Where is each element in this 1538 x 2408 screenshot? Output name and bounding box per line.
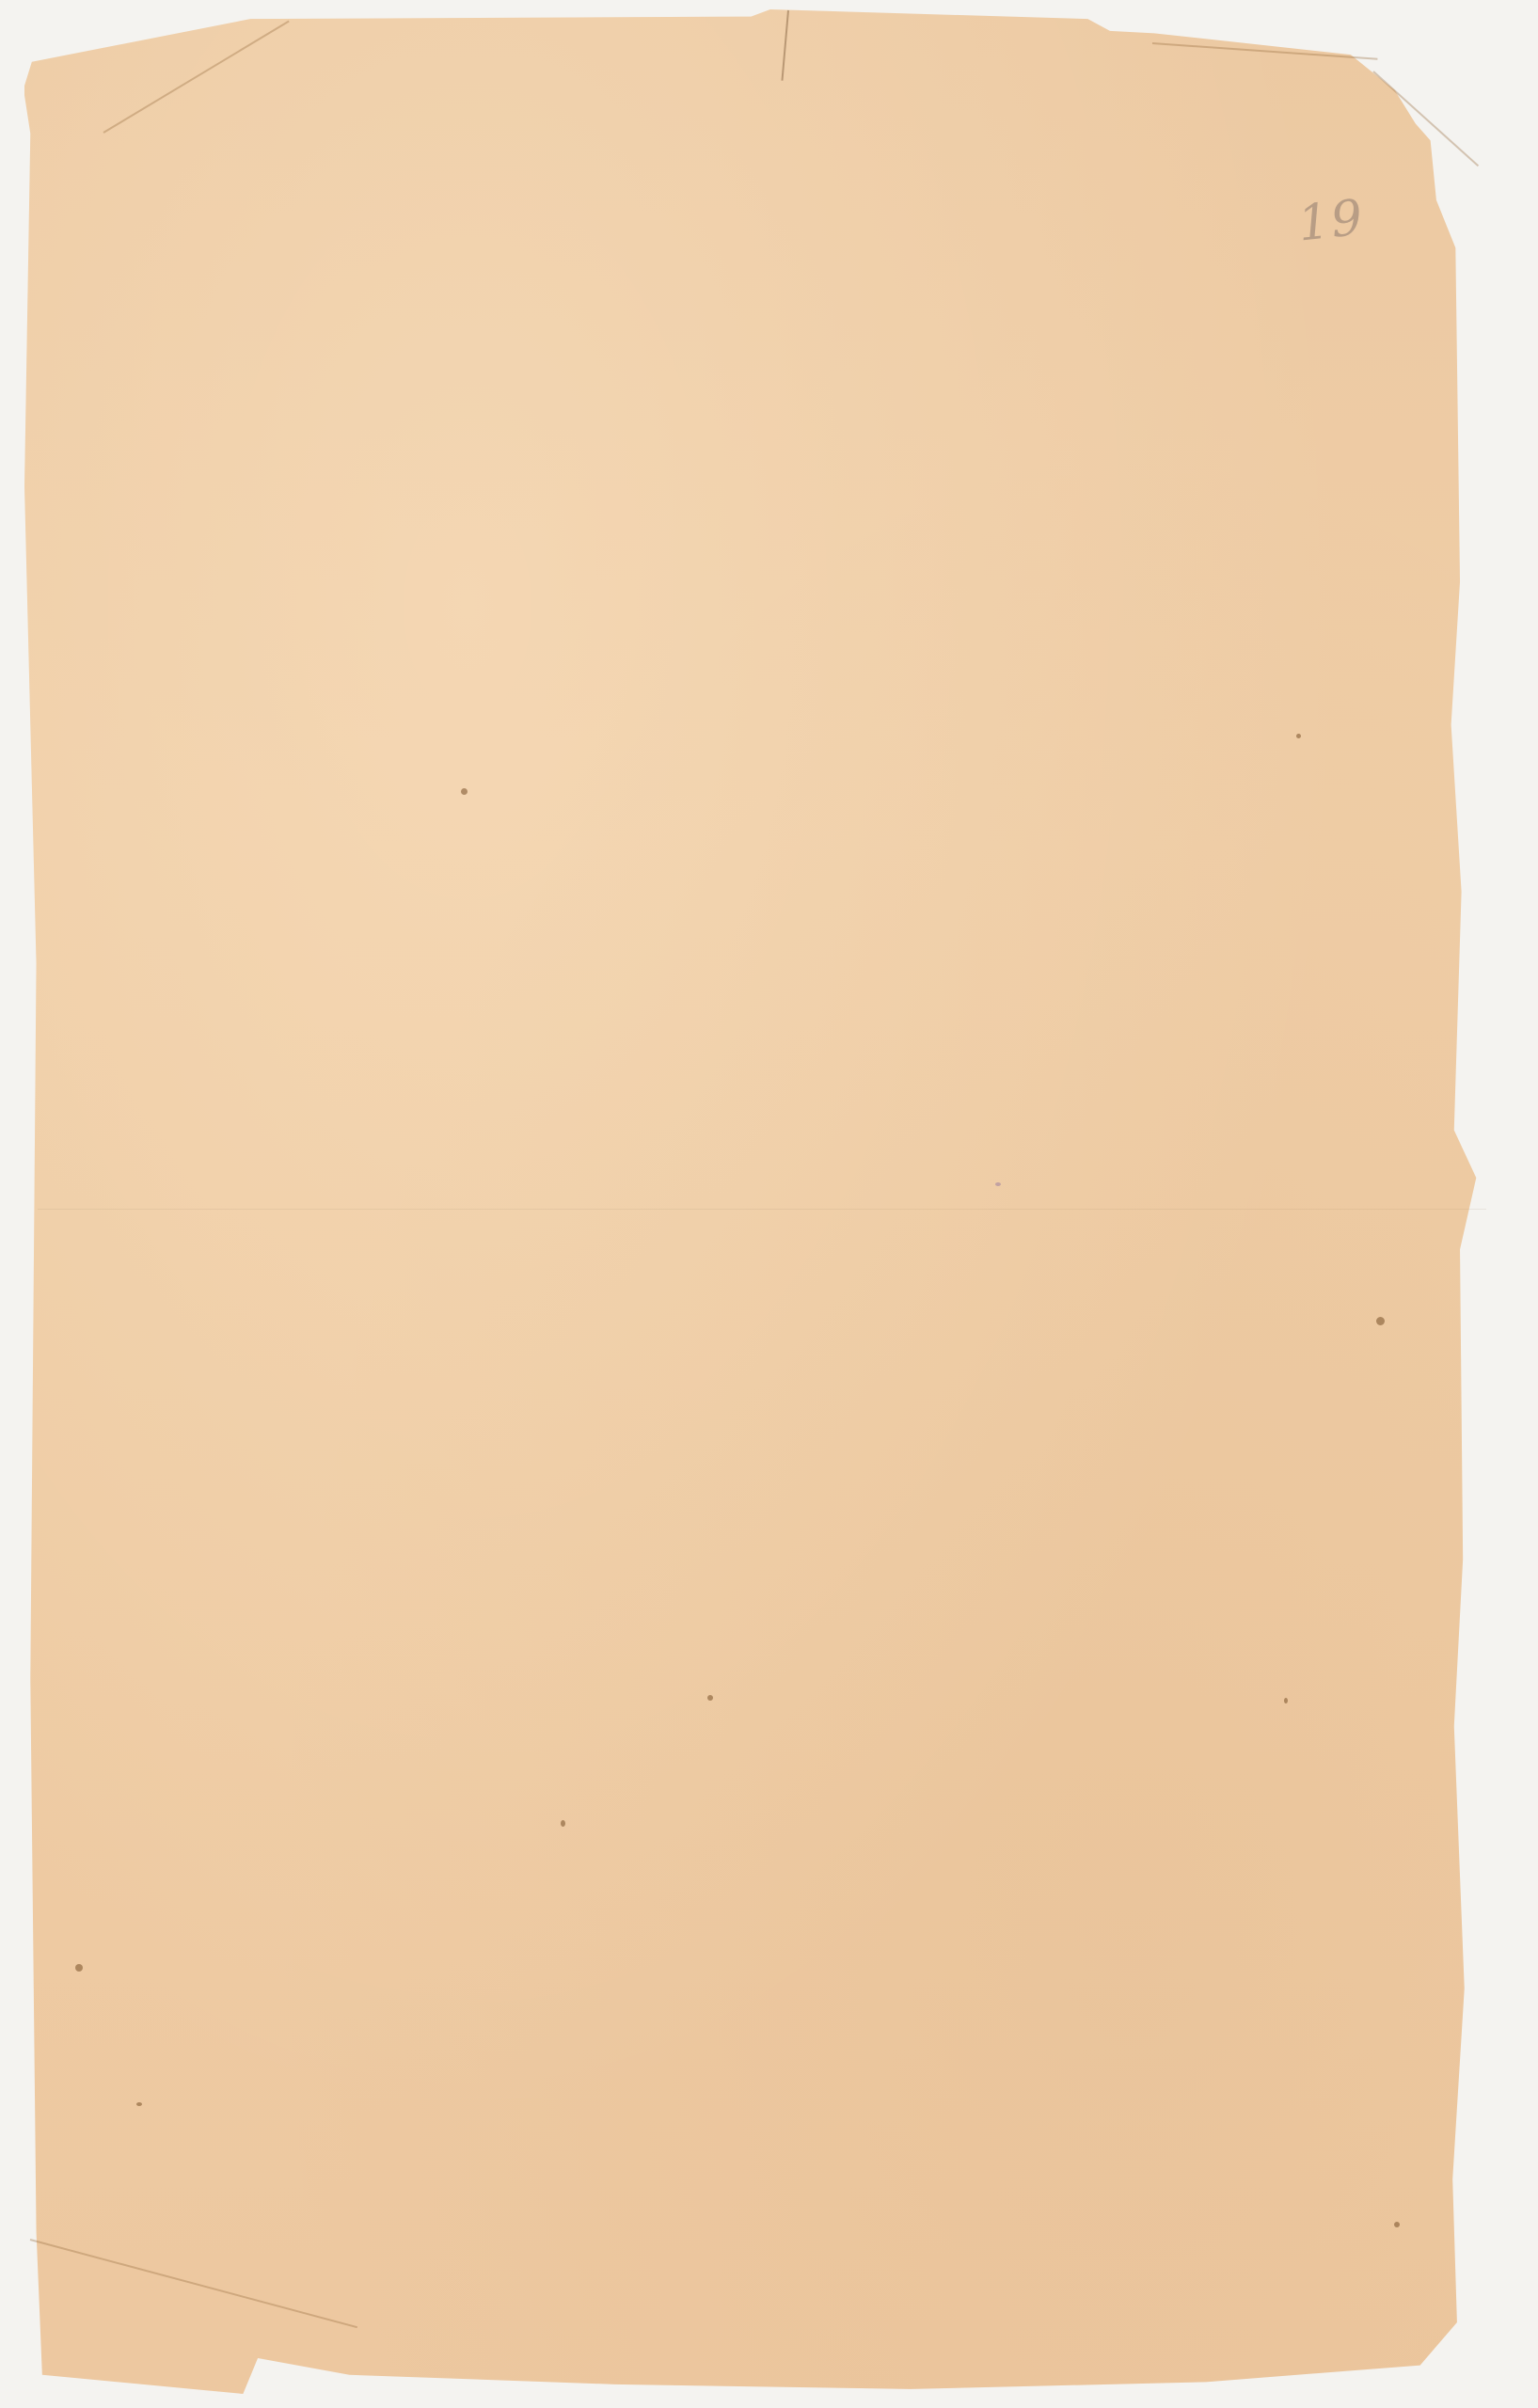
speck [1284, 1698, 1288, 1703]
speck [136, 2102, 142, 2106]
scan-background: 19 [0, 0, 1538, 2408]
speck [1376, 1317, 1385, 1325]
speck [1394, 2222, 1400, 2227]
speck [995, 1182, 1001, 1186]
speck [75, 1964, 83, 1972]
crease-middle-horizontal [38, 1209, 1486, 1210]
handwritten-page-number: 19 [1295, 189, 1367, 252]
speck [561, 1820, 565, 1827]
paper-sheet [24, 9, 1501, 2394]
speck [707, 1695, 713, 1701]
speck [1296, 734, 1301, 738]
speck [461, 788, 468, 795]
